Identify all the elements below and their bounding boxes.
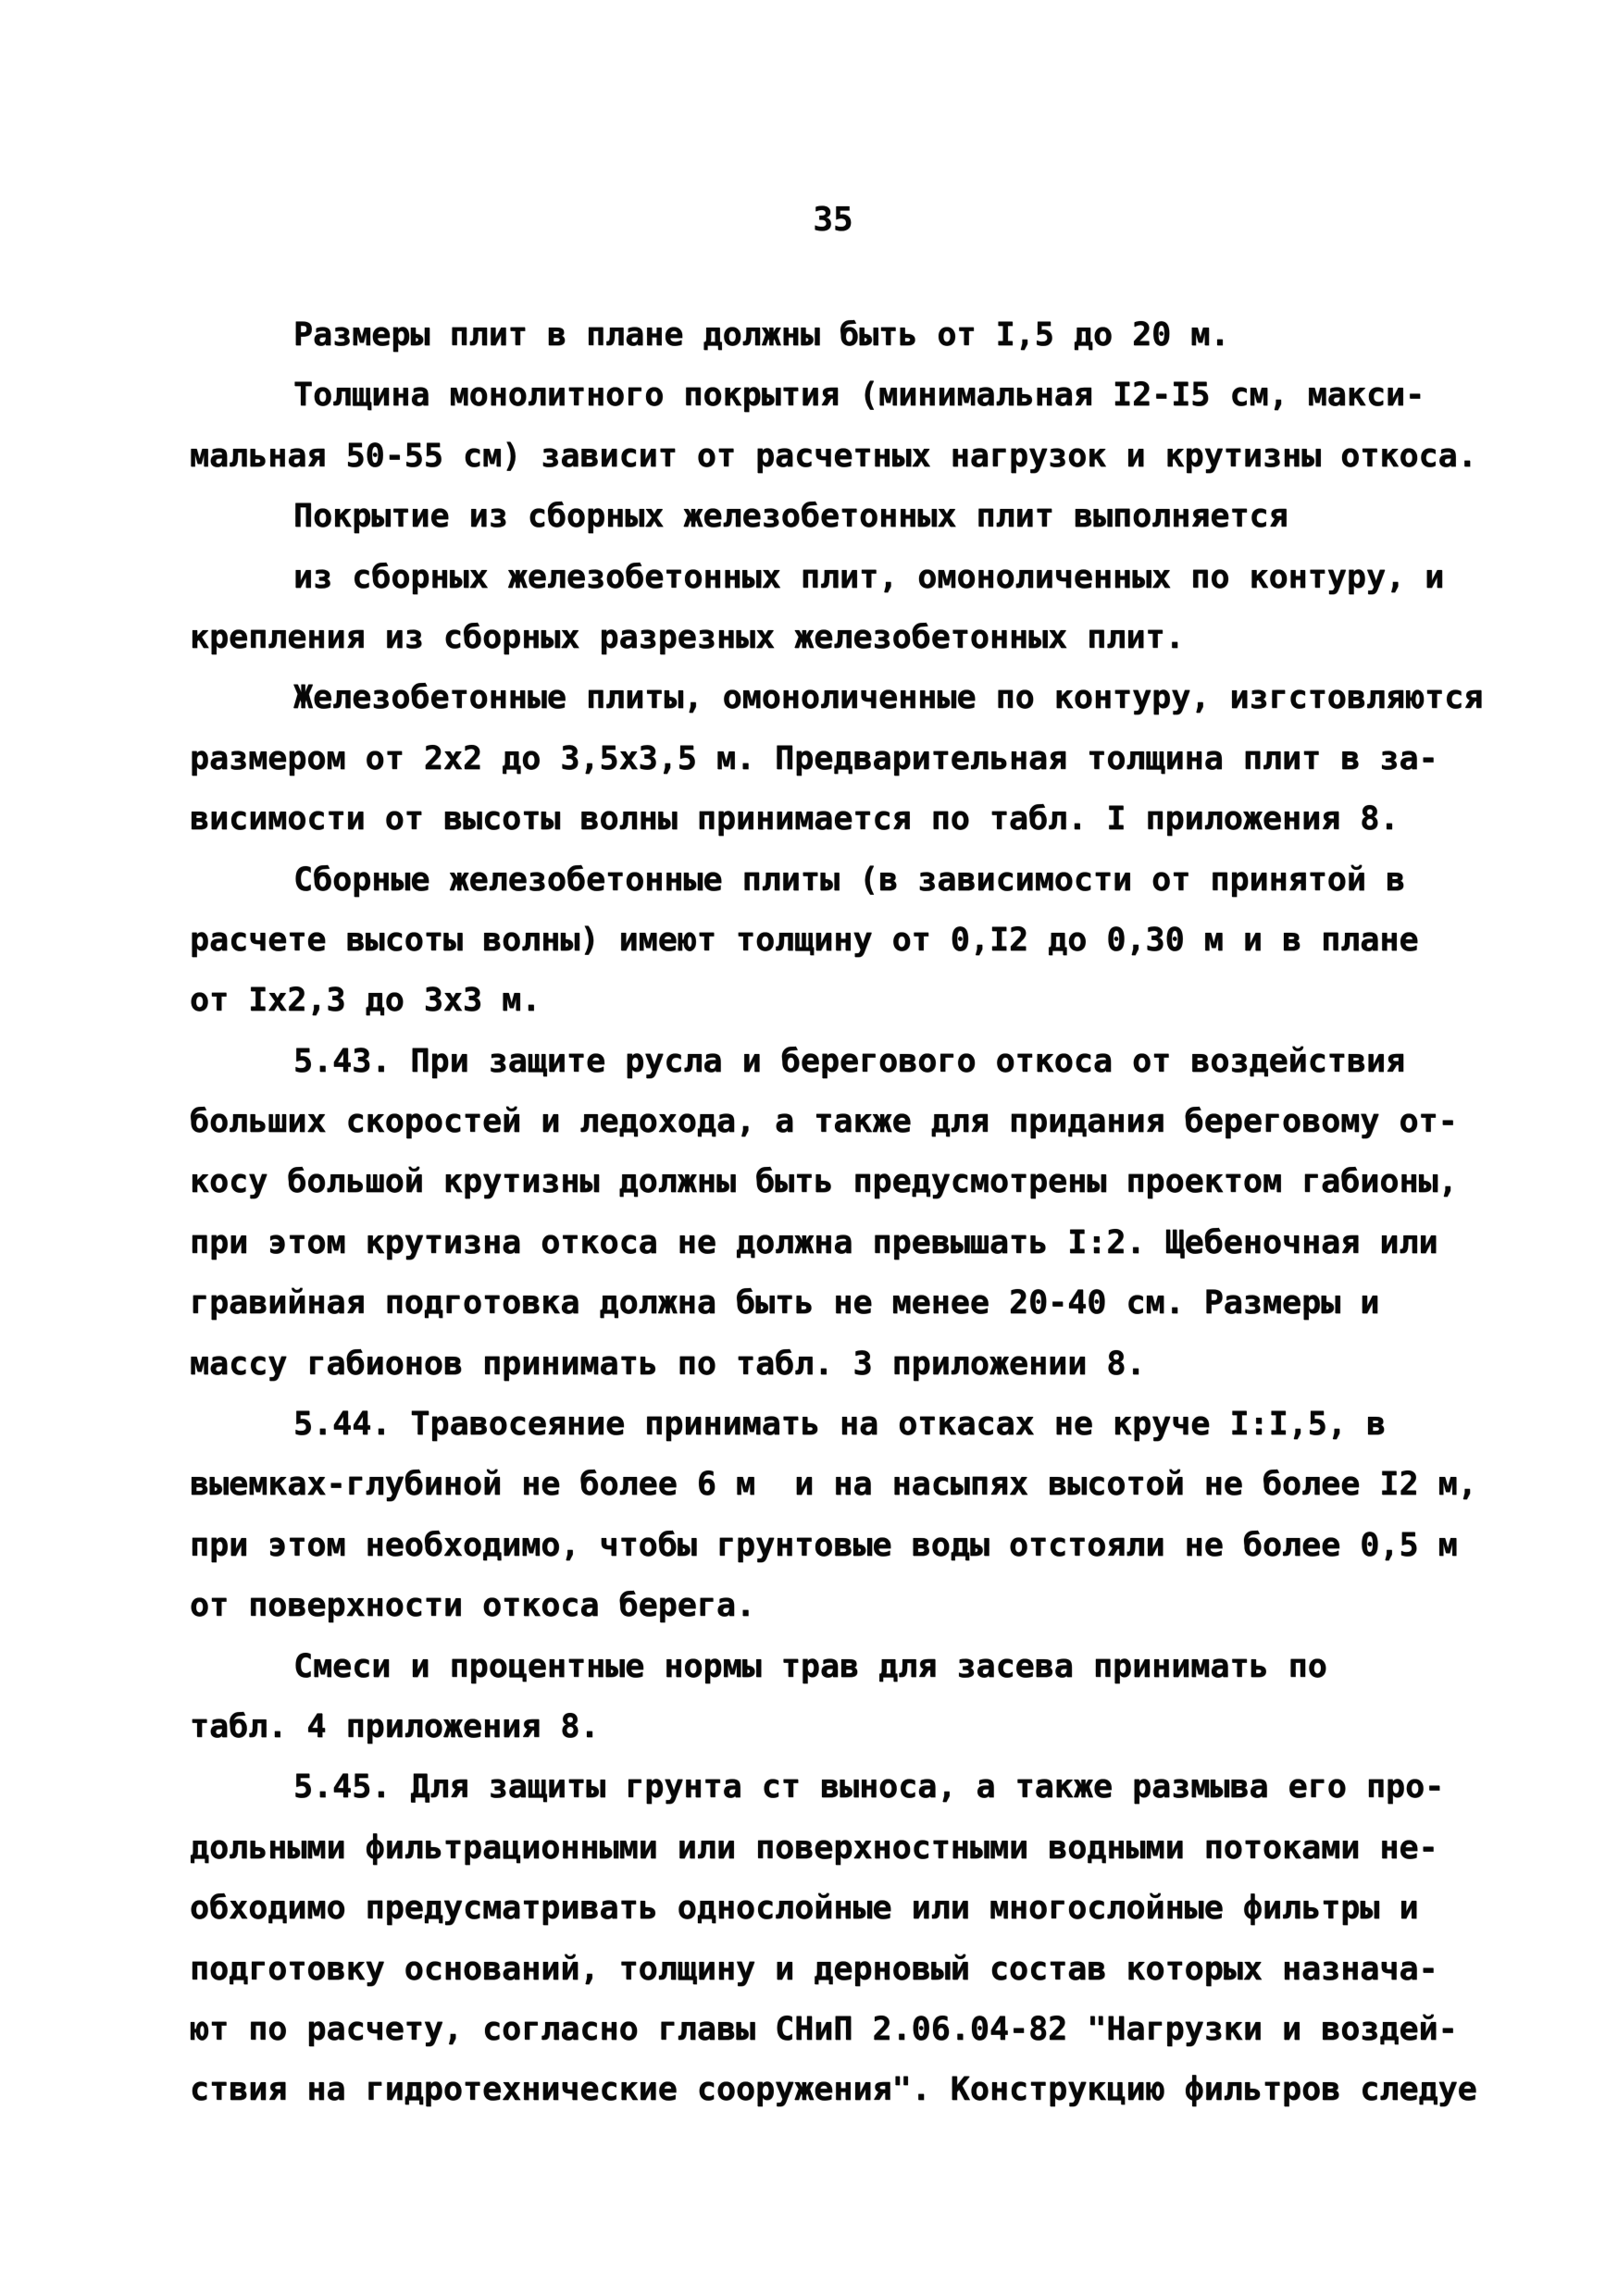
text-line: Сборные железобетонные плиты (в зависимо… (190, 850, 1504, 911)
text-line: гравийная подготовка должна быть не мене… (190, 1273, 1504, 1334)
text-line: косу большой крутизны должны быть предус… (190, 1152, 1504, 1212)
text-line: подготовку оснований, толщину и дерновый… (190, 1940, 1504, 2000)
text-line: от Iх2,3 до 3х3 м. (190, 971, 1504, 1031)
text-line: обходимо предусматривать однослойные или… (190, 1879, 1504, 1939)
text-line: 5.45. Для защиты грунта ст выноса, а так… (190, 1757, 1504, 1818)
text-line: Железобетонные плиты, омоноличенные по к… (190, 668, 1504, 728)
text-line: Смеси и процентные нормы трав для засева… (190, 1637, 1504, 1697)
text-line: при этом крутизна откоса не должна превы… (190, 1213, 1504, 1273)
text-line: Толщина монолитного покрытия (минимальна… (190, 366, 1504, 426)
text-line: Покрытие из сборных железобетонных плит … (190, 487, 1504, 547)
page-number: 35 (190, 190, 1476, 250)
text-line: выемках-глубиной не более 6 м и на насып… (190, 1455, 1504, 1515)
document-page: 35 Размеры плит в плане должны быть от I… (0, 0, 1618, 2296)
text-line: табл. 4 приложения 8. (190, 1697, 1504, 1757)
text-line: из сборных железобетонных плит, омонолич… (190, 548, 1504, 608)
text-line: от поверхности откоса берега. (190, 1576, 1504, 1636)
text-line: расчете высоты волны) имеют толщину от 0… (190, 911, 1504, 971)
text-line: мальная 50-55 см) зависит от расчетных н… (190, 427, 1504, 487)
text-line: массу габионов принимать по табл. 3 прил… (190, 1334, 1504, 1395)
text-line: крепления из сборных разрезных железобет… (190, 608, 1504, 668)
text-line: Размеры плит в плане должны быть от I,5 … (190, 305, 1504, 366)
text-line: ствия на гидротехнические сооружения". К… (190, 2060, 1504, 2120)
text-line: ют по расчету, согласно главы СНиП 2.06.… (190, 2000, 1504, 2060)
text-block: Размеры плит в плане должны быть от I,5 … (190, 305, 1504, 2121)
text-line: при этом необходимо, чтобы грунтовые вод… (190, 1516, 1504, 1576)
text-line: больших скоростей и ледохода, а также дл… (190, 1092, 1504, 1152)
text-line: висимости от высоты волны принимается по… (190, 789, 1504, 850)
text-line: 5.43. При защите русла и берегового отко… (190, 1032, 1504, 1092)
text-line: дольными фильтрационными или поверхностн… (190, 1818, 1504, 1879)
text-line: 5.44. Травосеяние принимать на откасах н… (190, 1395, 1504, 1455)
text-line: размером от 2х2 до 3,5х3,5 м. Предварите… (190, 729, 1504, 789)
